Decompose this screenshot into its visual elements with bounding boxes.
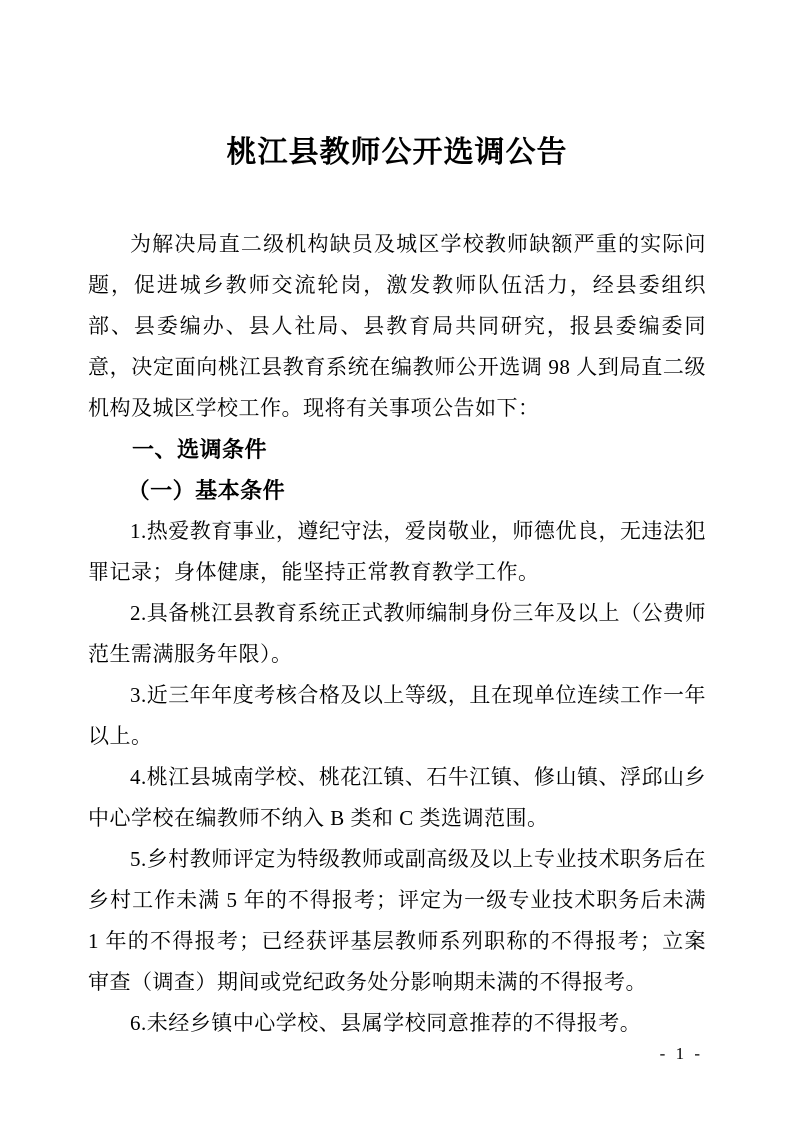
condition-item-5: 5.乡村教师评定为特级教师或副高级及以上专业技术职务后在乡村工作未满 5 年的不…	[88, 839, 706, 1003]
document-content: 桃江县教师公开选调公告 为解决局直二级机构缺员及城区学校教师缺额严重的实际问题，…	[0, 0, 793, 1044]
intro-paragraph: 为解决局直二级机构缺员及城区学校教师缺额严重的实际问题，促进城乡教师交流轮岗，激…	[88, 224, 706, 429]
page-number: - 1 -	[660, 1044, 703, 1064]
condition-item-3: 3.近三年年度考核合格及以上等级，且在现单位连续工作一年以上。	[88, 675, 706, 757]
subsection-heading-basic-conditions: （一）基本条件	[88, 470, 706, 511]
condition-item-1: 1.热爱教育事业，遵纪守法，爱岗敬业，师德优良，无违法犯罪记录；身体健康，能坚持…	[88, 511, 706, 593]
document-title: 桃江县教师公开选调公告	[88, 130, 706, 176]
condition-item-2: 2.具备桃江县教育系统正式教师编制身份三年及以上（公费师范生需满服务年限）。	[88, 593, 706, 675]
condition-item-4: 4.桃江县城南学校、桃花江镇、石牛江镇、修山镇、浮邱山乡中心学校在编教师不纳入 …	[88, 757, 706, 839]
section-heading-selection-conditions: 一、选调条件	[88, 429, 706, 470]
condition-item-6: 6.未经乡镇中心学校、县属学校同意推荐的不得报考。	[88, 1003, 706, 1044]
document-page: 桃江县教师公开选调公告 为解决局直二级机构缺员及城区学校教师缺额严重的实际问题，…	[0, 0, 793, 1122]
